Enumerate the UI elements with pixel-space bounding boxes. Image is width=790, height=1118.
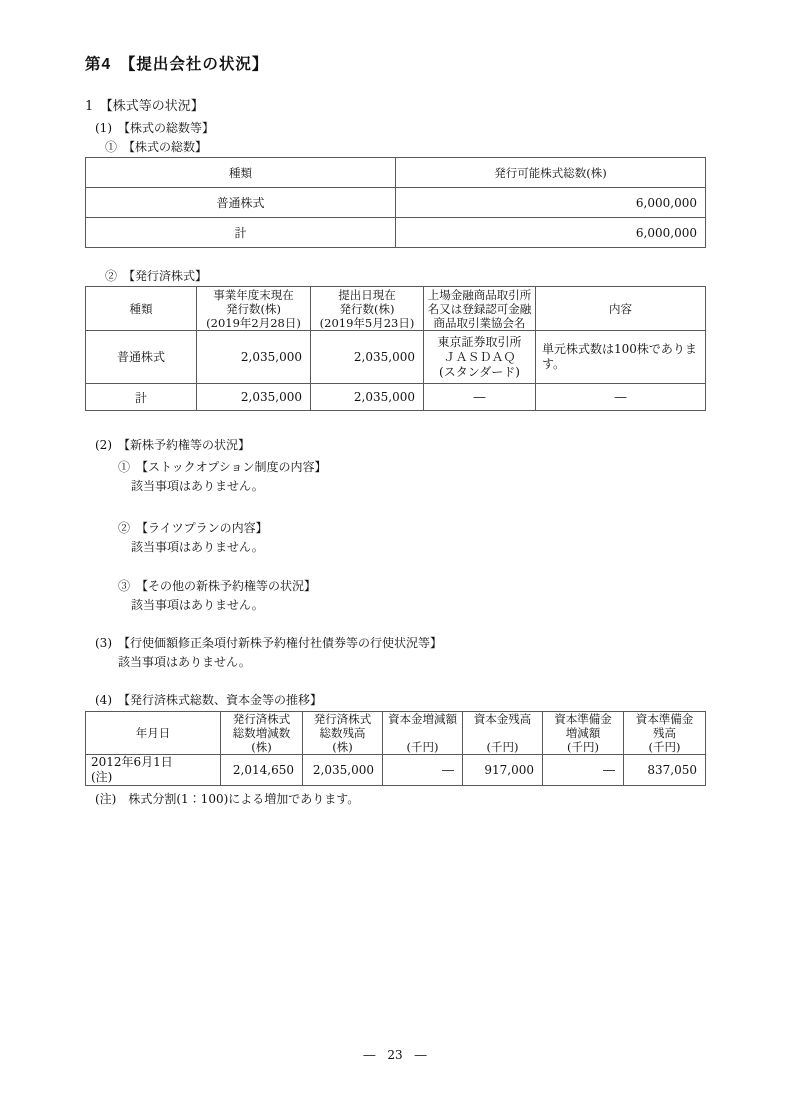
heading-issued-shares: ② 【発行済株式】	[85, 268, 705, 284]
cell-capital-change: ―	[383, 755, 463, 786]
heading-capital-history: (4) 【発行済株式総数、資本金等の推移】	[85, 692, 705, 709]
cell-exchange: ―	[424, 384, 536, 411]
table-row: 2012年6月1日 (注) 2,014,650 2,035,000 ― 917,…	[86, 755, 706, 786]
cell-reserve-balance: 837,050	[624, 755, 706, 786]
col-header-reserve-change: 資本準備金 増減額 (千円)	[543, 712, 624, 755]
cell-filing-date-count: 2,035,000	[311, 384, 424, 411]
table-capital-history: 年月日 発行済株式 総数増減数 (株) 発行済株式 総数残高 (株) 資本金増減…	[85, 711, 706, 786]
cell-type: 計	[86, 384, 197, 411]
col-header-shares-change: 発行済株式 総数増減数 (株)	[221, 712, 303, 755]
text-none-other-warrants: 該当事項はありません。	[85, 597, 705, 614]
table-header-row: 年月日 発行済株式 総数増減数 (株) 発行済株式 総数残高 (株) 資本金増減…	[86, 712, 706, 755]
col-header-authorized-total: 発行可能株式総数(株)	[396, 158, 706, 188]
heading-stock-option: ① 【ストックオプション制度の内容】	[85, 459, 705, 476]
table-header-row: 種類 事業年度末現在 発行数(株) (2019年2月28日) 提出日現在 発行数…	[86, 287, 706, 331]
table-authorized-shares: 種類 発行可能株式総数(株) 普通株式 6,000,000 計 6,000,00…	[85, 157, 706, 248]
col-header-capital-balance: 資本金残高 (千円)	[463, 712, 543, 755]
cell-type: 普通株式	[86, 331, 197, 384]
cell-filing-date-count: 2,035,000	[311, 331, 424, 384]
heading-stock-status: 1 【株式等の状況】	[85, 98, 705, 116]
document-page: 第4 【提出会社の状況】 1 【株式等の状況】 (1) 【株式の総数等】 ① 【…	[0, 0, 790, 1118]
table-row: 普通株式 6,000,000	[86, 188, 706, 218]
table-row-total: 計 6,000,000	[86, 218, 706, 248]
text-none-stock-option: 該当事項はありません。	[85, 478, 705, 495]
cell-fy-end-count: 2,035,000	[197, 384, 311, 411]
heading-total-shares-group: (1) 【株式の総数等】	[85, 120, 705, 137]
cell-capital-balance: 917,000	[463, 755, 543, 786]
col-header-date: 年月日	[86, 712, 221, 755]
page-number: ― 23 ―	[0, 1046, 790, 1063]
cell-type: 計	[86, 218, 396, 248]
page-content: 第4 【提出会社の状況】 1 【株式等の状況】 (1) 【株式の総数等】 ① 【…	[85, 54, 705, 808]
col-header-shares-balance: 発行済株式 総数残高 (株)	[303, 712, 383, 755]
text-none-rights-plan: 該当事項はありません。	[85, 539, 705, 556]
heading-total-shares: ① 【株式の総数】	[85, 139, 705, 155]
cell-type: 普通株式	[86, 188, 396, 218]
col-header-description: 内容	[536, 287, 706, 331]
heading-exercise-status: (3) 【行使価額修正条項付新株予約権付社債券等の行使状況等】	[85, 635, 705, 652]
col-header-type: 種類	[86, 287, 197, 331]
heading-warrants: (2) 【新株予約権等の状況】	[85, 437, 705, 454]
cell-fy-end-count: 2,035,000	[197, 331, 311, 384]
table-header-row: 種類 発行可能株式総数(株)	[86, 158, 706, 188]
page-title: 第4 【提出会社の状況】	[85, 54, 705, 76]
col-header-filing-date: 提出日現在 発行数(株) (2019年5月23日)	[311, 287, 424, 331]
cell-description: ―	[536, 384, 706, 411]
cell-authorized-total: 6,000,000	[396, 188, 706, 218]
col-header-capital-change: 資本金増減額 (千円)	[383, 712, 463, 755]
table-row: 普通株式 2,035,000 2,035,000 東京証券取引所 ＪＡＳＤＡＱ …	[86, 331, 706, 384]
heading-other-warrants: ③ 【その他の新株予約権等の状況】	[85, 578, 705, 595]
cell-reserve-change: ―	[543, 755, 624, 786]
cell-exchange: 東京証券取引所 ＪＡＳＤＡＱ (スタンダード)	[424, 331, 536, 384]
col-header-type: 種類	[86, 158, 396, 188]
table-issued-shares: 種類 事業年度末現在 発行数(株) (2019年2月28日) 提出日現在 発行数…	[85, 286, 706, 411]
cell-shares-balance: 2,035,000	[303, 755, 383, 786]
cell-authorized-total: 6,000,000	[396, 218, 706, 248]
text-none-exercise: 該当事項はありません。	[85, 654, 705, 671]
cell-date: 2012年6月1日 (注)	[86, 755, 221, 786]
col-header-reserve-balance: 資本準備金 残高 (千円)	[624, 712, 706, 755]
col-header-fy-end: 事業年度末現在 発行数(株) (2019年2月28日)	[197, 287, 311, 331]
cell-shares-change: 2,014,650	[221, 755, 303, 786]
table-row-total: 計 2,035,000 2,035,000 ― ―	[86, 384, 706, 411]
heading-rights-plan: ② 【ライツプランの内容】	[85, 520, 705, 537]
text-note: (注) 株式分割(1：100)による増加であります。	[85, 791, 705, 808]
col-header-exchange: 上場金融商品取引所 名又は登録認可金融 商品取引業協会名	[424, 287, 536, 331]
cell-description: 単元株式数は100株であります。	[536, 331, 706, 384]
